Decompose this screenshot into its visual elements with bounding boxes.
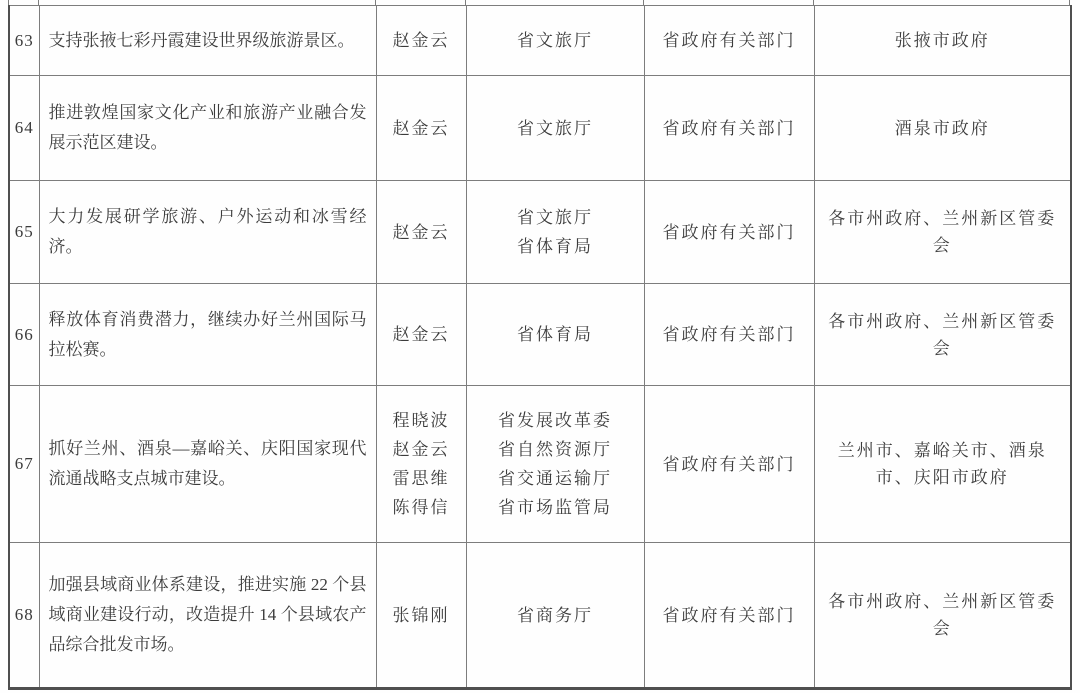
- leader-cell-line: 赵金云: [383, 218, 460, 247]
- lead-dept-cell-line: 省市场监管局: [473, 493, 638, 522]
- other-dept-cell: 省政府有关部门: [644, 76, 814, 181]
- leader-cell: 赵金云: [376, 76, 466, 181]
- local-gov-cell: 兰州市、嘉峪关市、酒泉市、庆阳市政府: [814, 386, 1071, 543]
- lead-dept-cell-line: 省发展改革委: [473, 406, 638, 435]
- local-gov-cell: 酒泉市政府: [814, 76, 1071, 181]
- table-row: 67抓好兰州、酒泉—嘉峪关、庆阳国家现代流通战略支点城市建设。程晓波赵金云雷思维…: [9, 386, 1071, 543]
- local-gov-cell: 各市州政府、兰州新区管委会: [814, 543, 1071, 689]
- leader-cell: 张锦刚: [376, 543, 466, 689]
- leader-cell: 赵金云: [376, 181, 466, 284]
- task-cell: 释放体育消费潜力，继续办好兰州国际马拉松赛。: [39, 284, 376, 386]
- lead-dept-cell-line: 省文旅厅: [473, 114, 638, 143]
- table-row: 63支持张掖七彩丹霞建设世界级旅游景区。赵金云省文旅厅省政府有关部门张掖市政府: [9, 6, 1071, 76]
- lead-dept-cell: 省文旅厅: [466, 76, 644, 181]
- other-dept-cell: 省政府有关部门: [644, 284, 814, 386]
- row-number-cell: 66: [9, 284, 39, 386]
- table-row: 68加强县域商业体系建设，推进实施 22 个县域商业建设行动，改造提升 14 个…: [9, 543, 1071, 689]
- leader-cell-line: 赵金云: [383, 114, 460, 143]
- task-table-body: 63支持张掖七彩丹霞建设世界级旅游景区。赵金云省文旅厅省政府有关部门张掖市政府6…: [9, 6, 1071, 689]
- task-cell: 推进敦煌国家文化产业和旅游产业融合发展示范区建设。: [39, 76, 376, 181]
- lead-dept-cell-line: 省自然资源厅: [473, 435, 638, 464]
- lead-dept-cell-line: 省交通运输厅: [473, 464, 638, 493]
- lead-dept-cell-line: 省体育局: [473, 232, 638, 261]
- lead-dept-cell-line: 省文旅厅: [473, 26, 638, 55]
- leader-cell: 赵金云: [376, 6, 466, 76]
- leader-cell: 赵金云: [376, 284, 466, 386]
- leader-cell-line: 赵金云: [383, 26, 460, 55]
- lead-dept-cell-line: 省体育局: [473, 320, 638, 349]
- task-table: 63支持张掖七彩丹霞建设世界级旅游景区。赵金云省文旅厅省政府有关部门张掖市政府6…: [8, 5, 1072, 690]
- other-dept-cell: 省政府有关部门: [644, 6, 814, 76]
- local-gov-cell: 各市州政府、兰州新区管委会: [814, 284, 1071, 386]
- local-gov-cell: 张掖市政府: [814, 6, 1071, 76]
- row-number-cell: 65: [9, 181, 39, 284]
- row-number-cell: 63: [9, 6, 39, 76]
- lead-dept-cell: 省文旅厅省体育局: [466, 181, 644, 284]
- row-number-cell: 64: [9, 76, 39, 181]
- leader-cell-line: 赵金云: [383, 320, 460, 349]
- leader-cell-line: 雷思维: [383, 464, 460, 493]
- document-page: 63支持张掖七彩丹霞建设世界级旅游景区。赵金云省文旅厅省政府有关部门张掖市政府6…: [0, 0, 1080, 693]
- table-row: 66释放体育消费潜力，继续办好兰州国际马拉松赛。赵金云省体育局省政府有关部门各市…: [9, 284, 1071, 386]
- lead-dept-cell: 省体育局: [466, 284, 644, 386]
- row-number-cell: 68: [9, 543, 39, 689]
- lead-dept-cell: 省文旅厅: [466, 6, 644, 76]
- table-row: 65大力发展研学旅游、户外运动和冰雪经济。赵金云省文旅厅省体育局省政府有关部门各…: [9, 181, 1071, 284]
- leader-cell-line: 程晓波: [383, 406, 460, 435]
- leader-cell: 程晓波赵金云雷思维陈得信: [376, 386, 466, 543]
- task-cell: 抓好兰州、酒泉—嘉峪关、庆阳国家现代流通战略支点城市建设。: [39, 386, 376, 543]
- local-gov-cell: 各市州政府、兰州新区管委会: [814, 181, 1071, 284]
- lead-dept-cell: 省发展改革委省自然资源厅省交通运输厅省市场监管局: [466, 386, 644, 543]
- other-dept-cell: 省政府有关部门: [644, 181, 814, 284]
- other-dept-cell: 省政府有关部门: [644, 543, 814, 689]
- leader-cell-line: 陈得信: [383, 493, 460, 522]
- other-dept-cell: 省政府有关部门: [644, 386, 814, 543]
- task-cell: 大力发展研学旅游、户外运动和冰雪经济。: [39, 181, 376, 284]
- leader-cell-line: 张锦刚: [383, 601, 460, 630]
- lead-dept-cell: 省商务厅: [466, 543, 644, 689]
- lead-dept-cell-line: 省商务厅: [473, 601, 638, 630]
- leader-cell-line: 赵金云: [383, 435, 460, 464]
- task-cell: 加强县域商业体系建设，推进实施 22 个县域商业建设行动，改造提升 14 个县域…: [39, 543, 376, 689]
- table-row: 64推进敦煌国家文化产业和旅游产业融合发展示范区建设。赵金云省文旅厅省政府有关部…: [9, 76, 1071, 181]
- row-number-cell: 67: [9, 386, 39, 543]
- task-cell: 支持张掖七彩丹霞建设世界级旅游景区。: [39, 6, 376, 76]
- lead-dept-cell-line: 省文旅厅: [473, 203, 638, 232]
